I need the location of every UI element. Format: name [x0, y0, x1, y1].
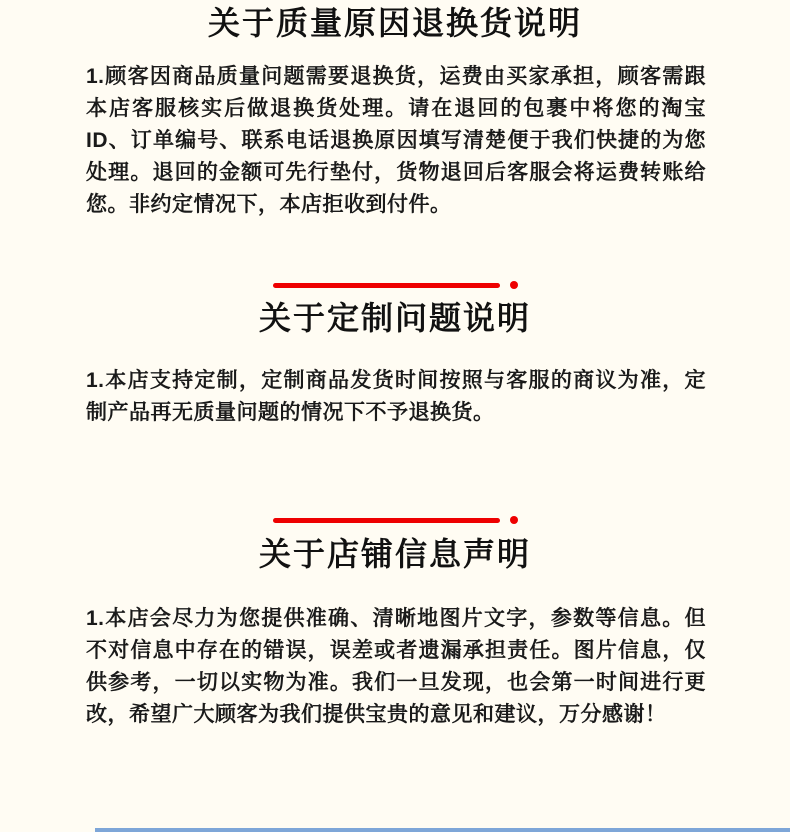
divider-dot — [510, 516, 518, 524]
section-body-customization: 1.本店支持定制，定制商品发货时间按照与客服的商议为准，定制产品再无质量问题的情… — [86, 365, 706, 429]
divider-dot — [510, 281, 518, 289]
divider-line — [273, 518, 500, 523]
red-divider — [0, 280, 790, 290]
store-policy-page: 关于质量原因退换货说明 1.顾客因商品质量问题需要退换货，运费由买家承担，顾客需… — [0, 0, 790, 832]
divider-line — [273, 283, 500, 288]
section-title-quality-return: 关于质量原因退换货说明 — [0, 6, 790, 40]
section-body-quality-return: 1.顾客因商品质量问题需要退换货，运费由买家承担，顾客需跟本店客服核实后做退换货… — [86, 61, 706, 221]
section-body-store-info: 1.本店会尽力为您提供准确、清晰地图片文字，参数等信息。但不对信息中存在的错误，… — [86, 603, 706, 731]
section-title-customization: 关于定制问题说明 — [0, 301, 790, 335]
section-title-store-info: 关于店铺信息声明 — [0, 537, 790, 571]
next-section-blue-edge — [95, 828, 790, 832]
red-divider — [0, 515, 790, 525]
